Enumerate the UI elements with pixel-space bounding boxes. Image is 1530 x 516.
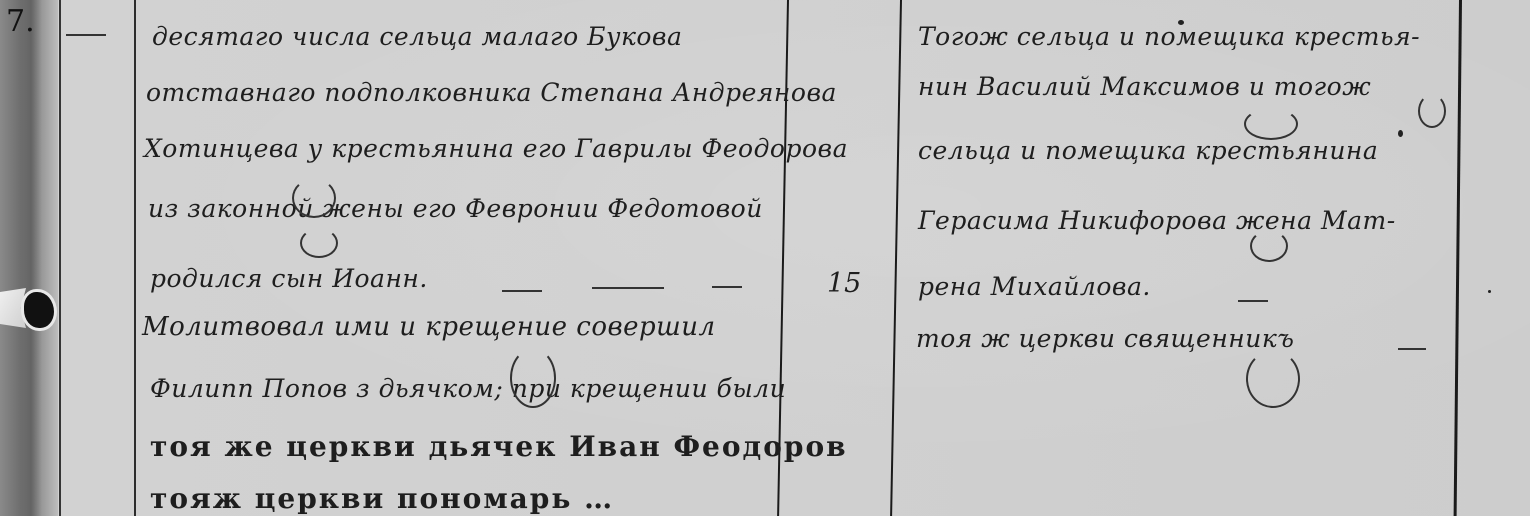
ink-speck [1398, 130, 1403, 137]
main-line-6: Молитвовал ими и крещение совершил [142, 312, 716, 342]
column-rule-number-left [59, 0, 61, 516]
main-line-8: тоя же церкви дьячек Иван Феодоров [150, 430, 848, 463]
flourish-loop [292, 178, 336, 218]
record-number: 7. [6, 4, 35, 39]
flourish-loop [300, 228, 338, 258]
register-page: 7. десятаго числа сельца малаго Букова о… [0, 0, 1530, 516]
main-line-9: тояж церкви пономарь … [150, 482, 614, 515]
column-rule-godparents-left [890, 0, 902, 516]
main-line-7: Филипп Попов з дьячком; при крещении был… [150, 374, 786, 403]
main-line-5: родился сын Иоанн. [150, 264, 428, 293]
flourish-loop [1250, 230, 1288, 262]
flourish-loop [1244, 108, 1298, 140]
flourish-loop [1418, 94, 1446, 128]
godparents-line-3: сельца и помещика крестьянина [918, 136, 1378, 165]
flourish-loop [510, 348, 556, 408]
godparents-end-dash [1238, 300, 1268, 302]
column-rule-main-left [134, 0, 136, 516]
ink-speck [1178, 20, 1184, 25]
fill-dash-2 [592, 287, 664, 289]
main-line-4: из законной жены его Февронии Федотовой [148, 194, 763, 223]
flourish-loop [1246, 350, 1300, 408]
fill-dash-1 [502, 290, 542, 292]
record-date-day: 15 [827, 268, 861, 299]
continuation-dash [1398, 348, 1426, 350]
godparents-line-5: рена Михайлова. [918, 272, 1151, 301]
main-line-2: отставнаго подполковника Степана Андреян… [146, 78, 837, 107]
fill-dash-3 [712, 286, 742, 288]
godparents-line-2: нин Василий Максимов и тогож [918, 72, 1371, 101]
gutter-shadow [20, 0, 42, 516]
binding-hole [24, 292, 54, 328]
ink-speck [1488, 290, 1491, 293]
record-number-dash [66, 34, 106, 36]
main-line-3: Хотинцева у крестьянина его Гаврилы Феод… [144, 134, 848, 163]
main-line-1: десятаго числа сельца малаго Букова [152, 22, 682, 51]
column-rule-godparents-right [1454, 0, 1462, 516]
godparents-continuation: тоя ж церкви священникъ [916, 324, 1294, 353]
godparents-line-1: Тогож сельца и помещика крестья- [918, 22, 1420, 51]
godparents-line-4: Герасима Никифорова жена Мат- [918, 206, 1396, 235]
